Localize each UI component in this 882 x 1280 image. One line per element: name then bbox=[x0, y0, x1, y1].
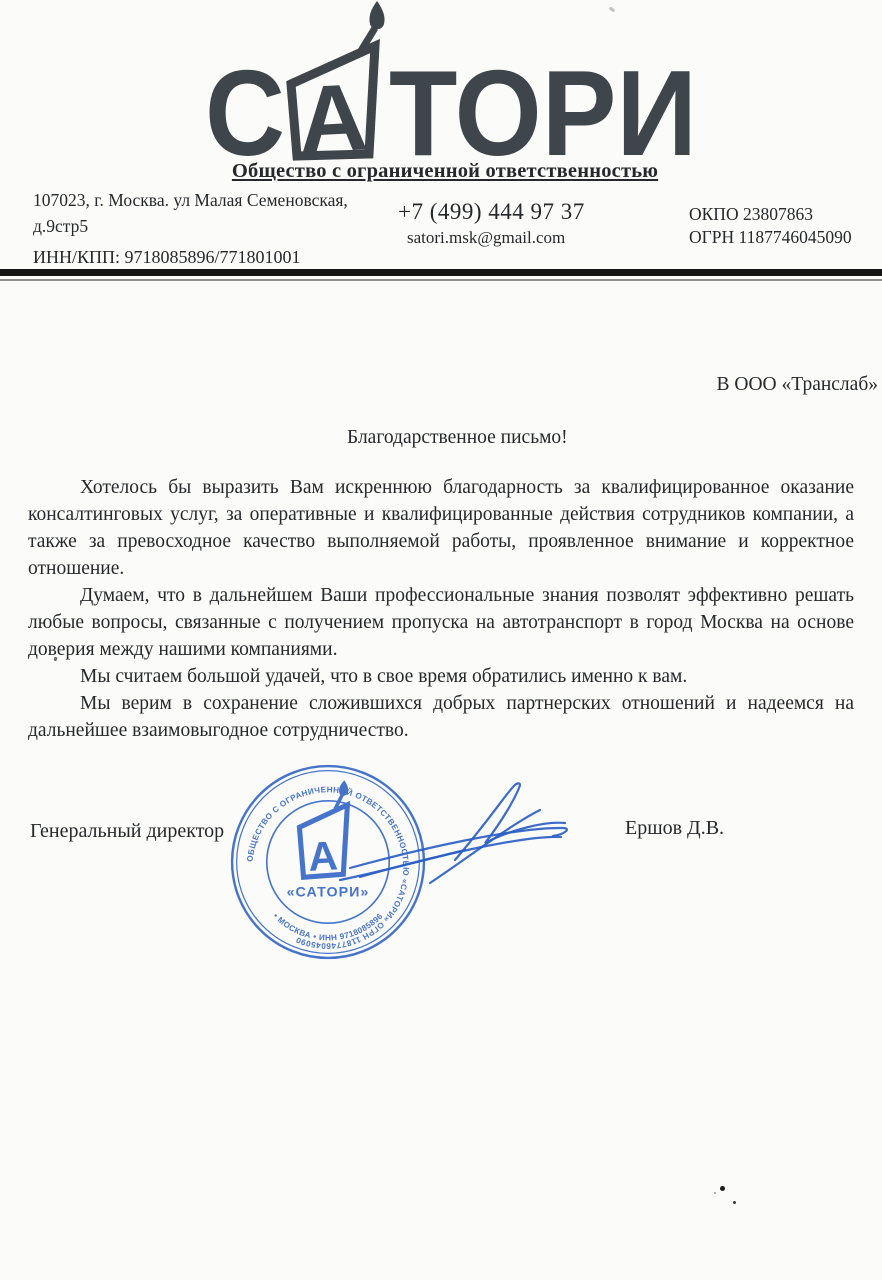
company-address: 107023, г. Москва. ул Малая Семеновская,… bbox=[33, 187, 348, 239]
inn-kpp-number: ИНН/КПП: 9718085896/771801001 bbox=[33, 247, 301, 268]
letter-body: Хотелось бы выразить Вам искреннюю благо… bbox=[28, 474, 854, 744]
company-phone: +7 (499) 444 97 37 bbox=[398, 199, 585, 225]
scan-speck bbox=[714, 1192, 716, 1194]
okpo-number: ОКПО 23807863 bbox=[689, 204, 813, 225]
company-logo: С А ТОРИ bbox=[203, 0, 703, 162]
address-line-2: д.9стр5 bbox=[33, 213, 348, 239]
scanned-letter-page: С А ТОРИ Общество с ограниченной ответст… bbox=[0, 0, 882, 1280]
logo-candle-frame: А bbox=[291, 1, 385, 162]
recipient-line: В ООО «Транслаб» bbox=[717, 374, 878, 396]
signer-title: Генеральный директор bbox=[30, 820, 224, 843]
signer-name: Ершов Д.В. bbox=[625, 817, 724, 840]
org-type-line: Общество с ограниченной ответственностью bbox=[165, 160, 725, 183]
candle-flame-icon bbox=[369, 1, 384, 29]
logo-letter-a: А bbox=[296, 64, 370, 162]
ogrn-number: ОГРН 1187746045090 bbox=[689, 227, 852, 248]
company-email: satori.msk@gmail.com bbox=[407, 228, 565, 248]
paragraph-3: Мы считаем большой удачей, что в свое вр… bbox=[28, 663, 854, 690]
letterhead-divider-thin bbox=[0, 279, 882, 281]
paragraph-1: Хотелось бы выразить Вам искреннюю благо… bbox=[28, 474, 854, 582]
handwritten-signature bbox=[335, 765, 575, 890]
paragraph-2: Думаем, что в дальнейшем Ваши профессион… bbox=[28, 582, 854, 663]
letter-title: Благодарственное письмо! bbox=[347, 427, 568, 449]
signature-stroke-1 bbox=[350, 828, 567, 868]
logo-letter-c: С bbox=[205, 45, 285, 162]
logo-letters-tori: ТОРИ bbox=[389, 45, 697, 162]
scan-speck bbox=[720, 1186, 725, 1191]
letterhead-divider-thick bbox=[0, 269, 882, 276]
paragraph-4: Мы верим в сохранение сложившихся добрых… bbox=[28, 690, 854, 744]
scan-speck bbox=[733, 1201, 736, 1204]
address-line-1: 107023, г. Москва. ул Малая Семеновская, bbox=[33, 187, 348, 213]
